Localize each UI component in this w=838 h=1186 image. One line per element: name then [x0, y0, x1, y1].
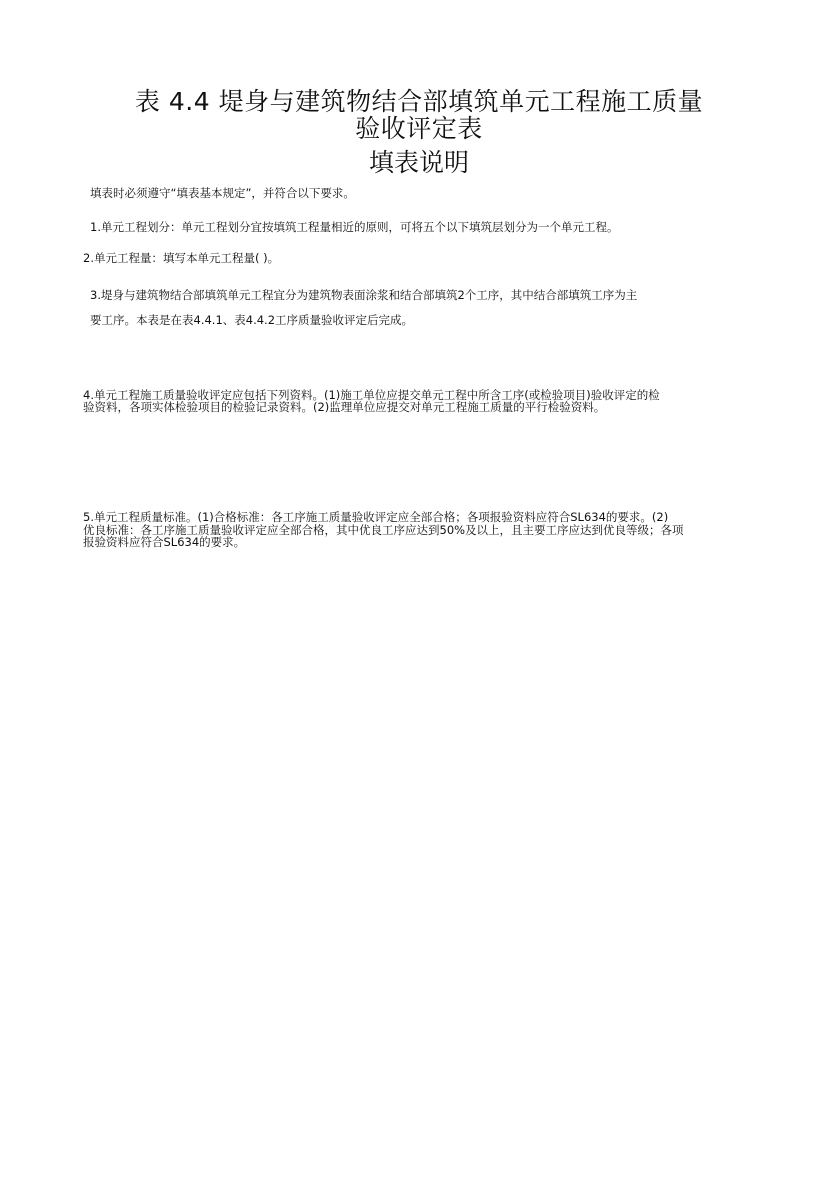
instruction-item-1: 1.单元工程划分：单元工程划分宜按填筑工程量相近的原则，可将五个以下填筑层划分为… [90, 220, 618, 234]
instruction-item-5-line-1: 5.单元工程质量标准。(1)合格标准：各工序施工质量验收评定应全部合格；各项报验… [83, 512, 668, 524]
instruction-item-3-line-1: 3.堤身与建筑物结合部填筑单元工程宜分为建筑物表面涂浆和结合部填筑2个工序，其中… [90, 288, 637, 302]
section-heading: 填表说明 [0, 148, 838, 178]
page-title-continued: 验收评定表 [0, 115, 838, 143]
instruction-item-3-line-2: 要工序。本表是在表4.4.1、表4.4.2工序质量验收评定后完成。 [90, 313, 413, 327]
intro-text: 填表时必须遵守“填表基本规定”，并符合以下要求。 [90, 186, 355, 200]
instruction-item-2: 2.单元工程量：填写本单元工程量( )。 [83, 251, 279, 265]
instruction-item-4-line-2: 验资料，各项实体检验项目的检验记录资料。(2)监理单位应提交对单元工程施工质量的… [83, 402, 605, 414]
page-title: 表 4.4 堤身与建筑物结合部填筑单元工程施工质量 [0, 88, 838, 116]
instruction-item-5-line-3: 报验资料应符合SL634的要求。 [83, 537, 245, 549]
